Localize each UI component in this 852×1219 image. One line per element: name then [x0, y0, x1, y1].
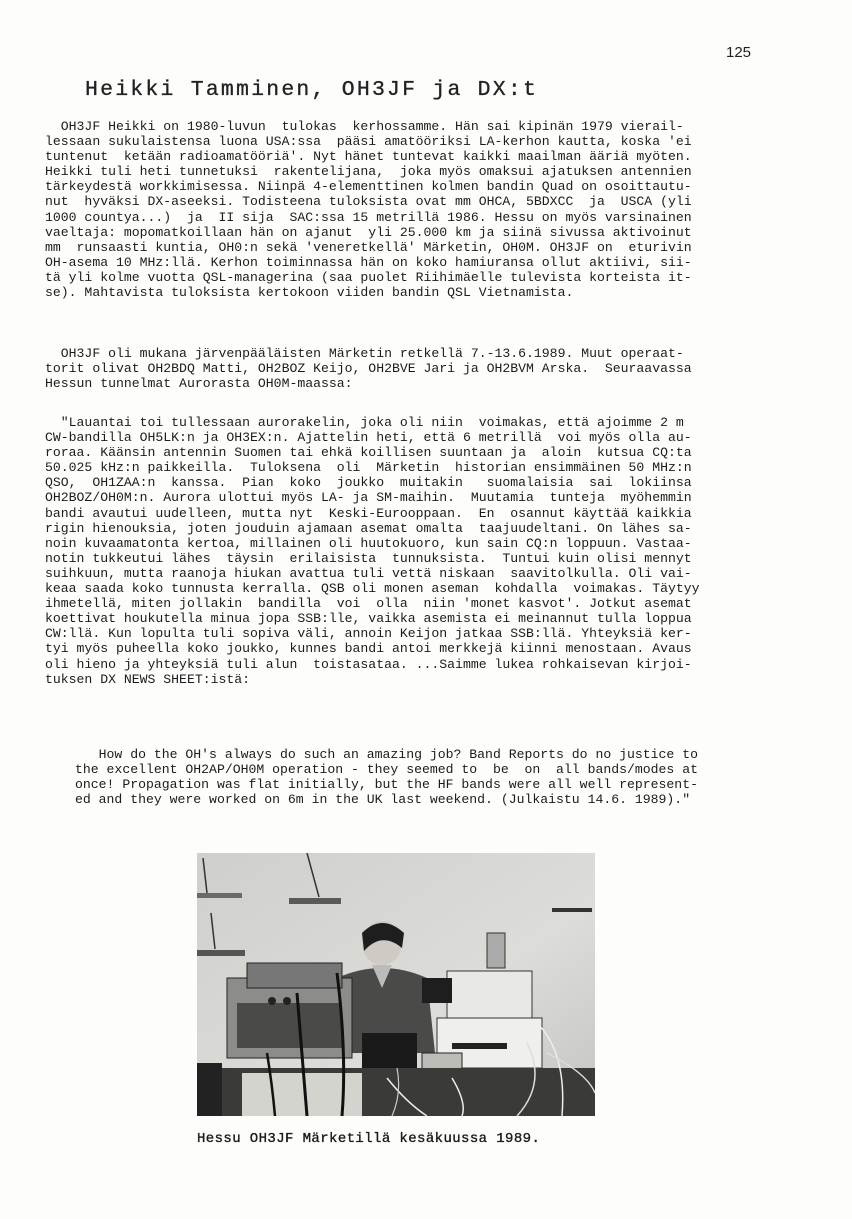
page-number: 125: [726, 44, 751, 61]
text-line: tyi myös puheella koko joukko, kunnes ba…: [45, 641, 785, 656]
text-line: roraa. Käänsin antennin Suomen tai ehkä …: [45, 445, 785, 460]
text-line: 50.025 kHz:n paikkeilla. Tuloksena oli M…: [45, 460, 785, 475]
text-line: CW-bandilla OH5LK:n ja OH3EX:n. Ajatteli…: [45, 430, 785, 445]
radio-operator-photo: [197, 853, 595, 1116]
text-line: "Lauantai toi tullessaan aurorakelin, jo…: [45, 415, 785, 430]
text-line: se). Mahtavista tuloksista kertokoon vii…: [45, 285, 785, 300]
text-line: koettivat houkutella minua jopa SSB:lle,…: [45, 611, 785, 626]
text-line: lessaan sukulaistensa luona USA:ssa pääs…: [45, 134, 785, 149]
text-line: OH3JF Heikki on 1980-luvun tulokas kerho…: [45, 119, 785, 134]
text-line: the excellent OH2AP/OH0M operation - the…: [75, 762, 815, 777]
text-line: ed and they were worked on 6m in the UK …: [75, 792, 815, 807]
text-line: mm runsaasti kuntia, OH0:n sekä 'veneret…: [45, 240, 785, 255]
text-line: torit olivat OH2BDQ Matti, OH2BOZ Keijo,…: [45, 361, 785, 376]
text-line: tuksen DX NEWS SHEET:istä:: [45, 672, 785, 687]
text-line: notin tukkeutui lähes täysin erilaisista…: [45, 551, 785, 566]
text-line: bandi avautui uudelleen, mutta nyt Keski…: [45, 506, 785, 521]
paragraph-story: "Lauantai toi tullessaan aurorakelin, jo…: [45, 415, 785, 687]
text-line: suihkuun, mutta raanoja hiukan avattua t…: [45, 566, 785, 581]
paragraph-quote: How do the OH's always do such an amazin…: [75, 747, 815, 807]
text-line: vaeltaja: mopomatkoillaan hän on ajanut …: [45, 225, 785, 240]
article-title: Heikki Tamminen, OH3JF ja DX:t: [85, 78, 538, 102]
photo-illustration: [197, 853, 595, 1116]
text-line: tärkeydestä workkimisessa. Niinpä 4-elem…: [45, 179, 785, 194]
text-line: tä yli kolme vuotta QSL-managerina (saa …: [45, 270, 785, 285]
text-line: once! Propagation was flat initially, bu…: [75, 777, 815, 792]
text-line: How do the OH's always do such an amazin…: [75, 747, 815, 762]
text-line: OH-asema 10 MHz:llä. Kerhon toiminnassa …: [45, 255, 785, 270]
paragraph-intro: OH3JF Heikki on 1980-luvun tulokas kerho…: [45, 119, 785, 300]
text-line: Hessun tunnelmat Aurorasta OH0M-maassa:: [45, 376, 785, 391]
text-line: rigin hienouksia, joten jouduin ajamaan …: [45, 521, 785, 536]
text-line: keaa saada koko tunnusta kerralla. QSB o…: [45, 581, 785, 596]
text-line: OH2BOZ/OH0M:n. Aurora ulottui myös LA- j…: [45, 490, 785, 505]
text-line: CW:llä. Kun lopulta tuli sopiva väli, an…: [45, 626, 785, 641]
text-line: tuntenut ketään radioamatööriä'. Nyt hän…: [45, 149, 785, 164]
text-line: QSO, OH1ZAA:n kanssa. Pian koko joukko m…: [45, 475, 785, 490]
text-line: nut hyväksi DX-aseeksi. Todisteena tulok…: [45, 194, 785, 209]
photo-caption: Hessu OH3JF Märketillä kesäkuussa 1989.: [197, 1131, 540, 1147]
text-line: OH3JF oli mukana järvenpääläisten Märket…: [45, 346, 785, 361]
text-line: oli hieno ja yhteyksiä tuli alun toistas…: [45, 657, 785, 672]
text-line: ihmetellä, miten jollakin bandilla voi o…: [45, 596, 785, 611]
text-line: noin kuvaamatonta kertoa, millainen oli …: [45, 536, 785, 551]
paragraph-expedition: OH3JF oli mukana järvenpääläisten Märket…: [45, 346, 785, 391]
text-line: Heikki tuli heti tunnetuksi rakentelijan…: [45, 164, 785, 179]
text-line: 1000 countya...) ja II sija SAC:ssa 15 m…: [45, 210, 785, 225]
